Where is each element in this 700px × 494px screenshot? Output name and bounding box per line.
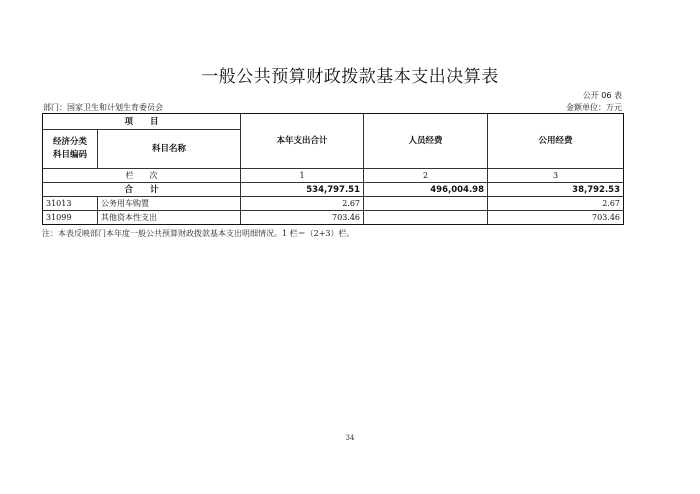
table-note: 注：本表反映部门本年度一般公共预算财政拨款基本支出明细情况。1 栏＝（2+3）栏… — [42, 228, 355, 239]
header-row-1: 项 目 本年支出合计 人员经费 公用经费 — [43, 114, 624, 130]
column-index-row: 栏 次 1 2 3 — [43, 169, 624, 183]
row-code: 31099 — [43, 211, 98, 225]
column-index-3: 3 — [488, 169, 624, 183]
column-index-1: 1 — [241, 169, 364, 183]
row-name: 公务用车购置 — [98, 197, 241, 211]
row-col2 — [364, 197, 488, 211]
expenditure-table: 项 目 本年支出合计 人员经费 公用经费 经济分类 科目编码 科目名称 栏 次 … — [42, 113, 624, 225]
econ-code-header-line2: 科目编码 — [46, 149, 94, 162]
column-index-label: 栏 次 — [43, 169, 241, 183]
row-col3: 703.46 — [488, 211, 624, 225]
table-row: 31099 其他资本性支出 703.46 703.46 — [43, 211, 624, 225]
item-group-header: 项 目 — [43, 114, 241, 130]
column-index-2: 2 — [364, 169, 488, 183]
col1-header: 本年支出合计 — [241, 114, 364, 169]
total-row: 合 计 534,797.51 496,004.98 38,792.53 — [43, 183, 624, 197]
row-name: 其他资本性支出 — [98, 211, 241, 225]
table-row: 31013 公务用车购置 2.67 2.67 — [43, 197, 624, 211]
col2-header: 人员经费 — [364, 114, 488, 169]
col3-header: 公用经费 — [488, 114, 624, 169]
total-col1: 534,797.51 — [241, 183, 364, 197]
row-col3: 2.67 — [488, 197, 624, 211]
econ-code-header: 经济分类 科目编码 — [43, 130, 98, 169]
row-col1: 2.67 — [241, 197, 364, 211]
econ-code-header-line1: 经济分类 — [46, 136, 94, 149]
page-number: 34 — [0, 434, 700, 442]
total-label: 合 计 — [43, 183, 241, 197]
subject-name-header: 科目名称 — [98, 130, 241, 169]
row-col1: 703.46 — [241, 211, 364, 225]
form-number: 公开 06 表 — [583, 90, 622, 101]
total-col2: 496,004.98 — [364, 183, 488, 197]
unit-label: 金额单位：万元 — [566, 102, 622, 113]
total-col3: 38,792.53 — [488, 183, 624, 197]
document-title: 一般公共预算财政拨款基本支出决算表 — [0, 62, 700, 87]
department-label: 部门：国家卫生和计划生育委员会 — [43, 102, 163, 113]
row-col2 — [364, 211, 488, 225]
row-code: 31013 — [43, 197, 98, 211]
